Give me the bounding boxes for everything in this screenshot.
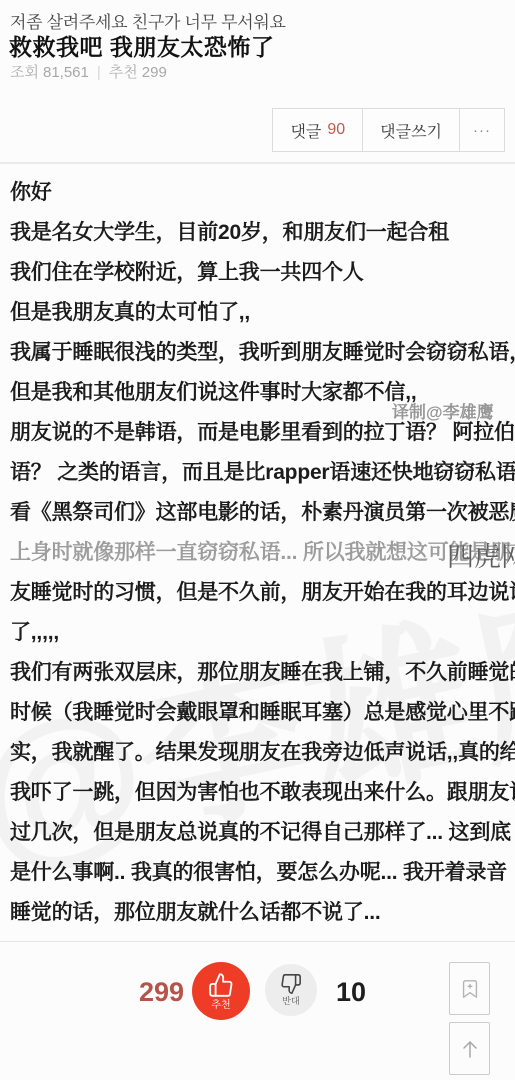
post-page: 저좀 살려주세요 친구가 너무 무서워요 救救我吧 我朋友太恐怖了 조회81,5… — [0, 0, 515, 1080]
likes-label: 추천 — [109, 64, 138, 81]
more-options-icon: ··· — [473, 122, 491, 139]
comments-count: 90 — [327, 121, 345, 139]
body-line: 语？ 之类的语言，而且是比rapper语速还快地窃窃私语 — [10, 453, 510, 493]
downvote-label: 반대 — [282, 994, 299, 1007]
comments-button-label: 댓글 — [290, 119, 321, 142]
body-line: 过几次，但是朋友总说真的不记得自己那样了... 这到底 — [10, 813, 510, 853]
write-comment-label: 댓글쓰기 — [380, 119, 442, 142]
body-line: 你好 — [10, 173, 510, 213]
body-line: 实，我就醒了。结果发现朋友在我旁边低声说话,,真的给 — [10, 733, 510, 773]
body-line: 了,,,,, — [10, 613, 510, 653]
body-line: 看《黑祭司们》这部电影的话，朴素丹演员第一次被恶魔 — [10, 493, 510, 533]
post-body: 你好我是名女大学生，目前20岁，和朋友们一起合租我们住在学校附近，算上我一共四个… — [10, 173, 510, 933]
upvote-count: 299 — [126, 977, 184, 1008]
comments-button[interactable]: 댓글 90 — [272, 108, 363, 152]
footer-divider — [0, 941, 515, 942]
bookmark-button[interactable] — [449, 962, 490, 1015]
views-count: 81,561 — [43, 64, 89, 81]
write-comment-button[interactable]: 댓글쓰기 — [362, 108, 460, 152]
post-stats: 조회81,561|추천299 — [10, 61, 167, 82]
stats-separator: | — [97, 64, 101, 81]
likes-count: 299 — [142, 64, 167, 81]
downvote-count: 10 — [336, 977, 366, 1008]
body-line: 是什么事啊.. 我真的很害怕，要怎么办呢... 我开着录音 — [10, 853, 510, 893]
views-label: 조회 — [10, 64, 39, 81]
body-line: 我属于睡眠很浅的类型，我听到朋友睡觉时会窃窃私语， — [10, 333, 510, 373]
scroll-to-top-button[interactable] — [449, 1022, 490, 1075]
thumbs-up-icon — [208, 972, 234, 998]
header-button-group: 댓글 90 댓글쓰기 ··· — [273, 108, 505, 152]
header-divider — [0, 162, 515, 164]
post-title: 救救我吧 我朋友太恐怖了 — [9, 29, 274, 62]
body-line: 我吓了一跳，但因为害怕也不敢表现出来什么。跟朋友说 — [10, 773, 510, 813]
body-line: 我们住在学校附近，算上我一共四个人 — [10, 253, 510, 293]
upvote-button[interactable]: 추천 — [192, 962, 250, 1020]
body-line: 上身时就像那样一直窃窃私语... 所以我就想这可能是朋 — [10, 533, 510, 573]
body-line: 时候（我睡觉时会戴眼罩和睡眠耳塞）总是感觉心里不踏 — [10, 693, 510, 733]
bookmark-plus-icon — [459, 977, 481, 1001]
downvote-button[interactable]: 반대 — [265, 964, 317, 1016]
site-watermark: 四虎网 — [447, 535, 515, 574]
body-line: 我是名女大学生，目前20岁，和朋友们一起合租 — [10, 213, 510, 253]
body-line: 睡觉的话，那位朋友就什么话都不说了... — [10, 893, 510, 933]
arrow-up-icon — [458, 1036, 482, 1062]
upvote-label: 추천 — [211, 996, 230, 1011]
more-options-button[interactable]: ··· — [459, 108, 505, 152]
body-line: 但是我朋友真的太可怕了,, — [10, 293, 510, 333]
body-line: 我们有两张双层床，那位朋友睡在我上铺，不久前睡觉的 — [10, 653, 510, 693]
thumbs-down-icon — [280, 973, 302, 995]
body-line: 友睡觉时的习惯，但是不久前，朋友开始在我的耳边说话 — [10, 573, 510, 613]
translator-watermark: 译制@李雄鹰 — [392, 398, 494, 423]
